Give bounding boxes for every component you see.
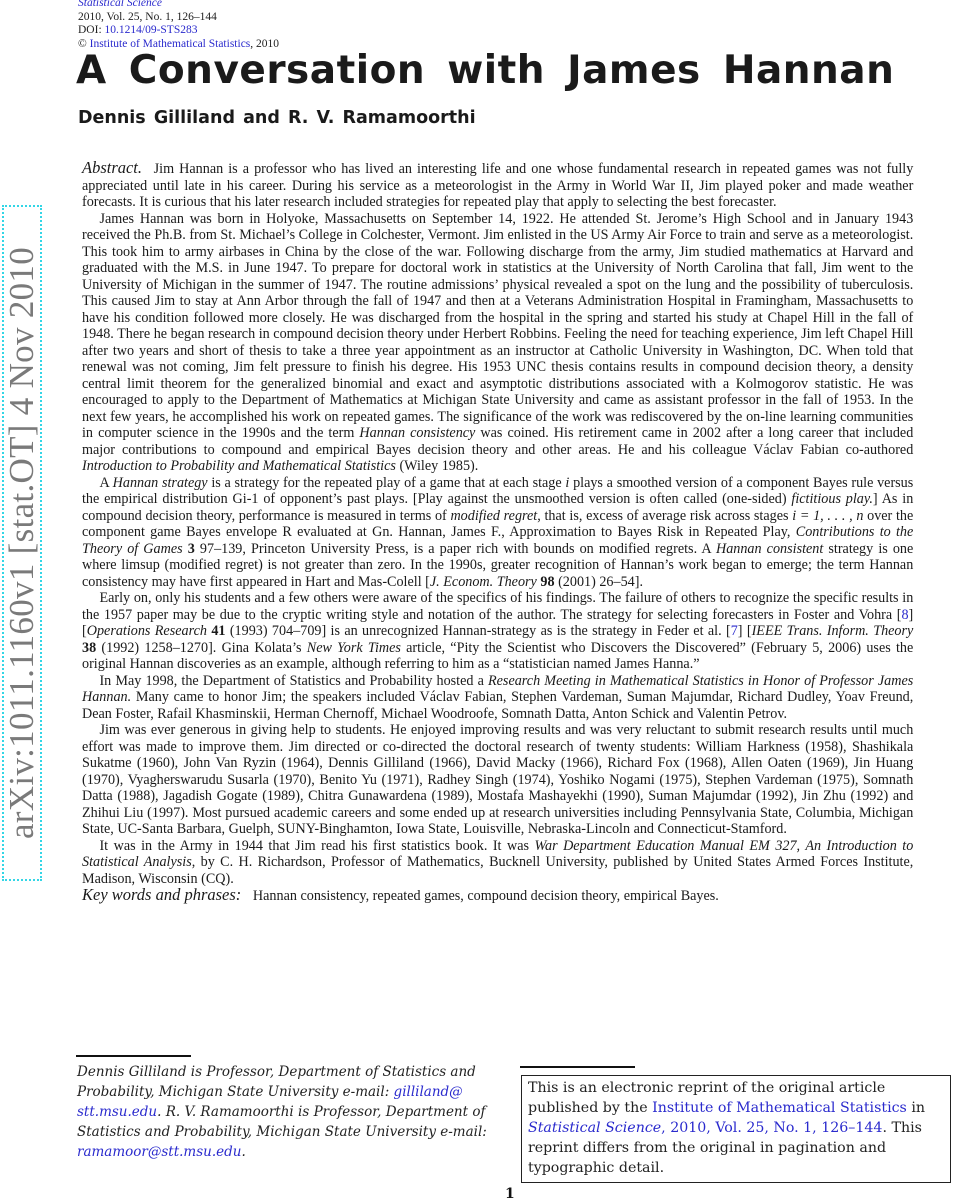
author-affiliation-footnote: Dennis Gilliland is Professor, Departmen… bbox=[77, 1062, 507, 1162]
doi-line: DOI: 10.1214/09-STS283 bbox=[78, 24, 279, 38]
footnote-divider bbox=[76, 1055, 191, 1057]
abstract-body: Abstract.Jim Hannan is a professor who h… bbox=[82, 160, 913, 905]
paragraph-biography: James Hannan was born in Holyoke, Massac… bbox=[82, 211, 913, 475]
page-number: 1 bbox=[505, 1186, 515, 1200]
journal-link[interactable]: Statistical Science bbox=[78, 0, 162, 9]
ims-link[interactable]: Institute of Mathematical Statistics bbox=[652, 1100, 907, 1116]
keywords: Key words and phrases:Hannan consistency… bbox=[82, 887, 913, 905]
paragraph-students: Jim was ever generous in giving help to … bbox=[82, 722, 913, 838]
paragraph-hannan-strategy: A Hannan strategy is a strategy for the … bbox=[82, 475, 913, 591]
paragraph-first-book: It was in the Army in 1944 that Jim read… bbox=[82, 838, 913, 888]
abstract-paragraph: Abstract.Jim Hannan is a professor who h… bbox=[82, 160, 913, 211]
journal-header: Statistical Science 2010, Vol. 25, No. 1… bbox=[78, 0, 279, 51]
author-list: Dennis Gilliland and R. V. Ramamoorthi bbox=[78, 108, 476, 128]
arxiv-stamp: arXiv:1011.1160v1 [stat.OT] 4 Nov 2010 bbox=[2, 205, 42, 881]
doi-link[interactable]: 10.1214/09-STS283 bbox=[105, 24, 198, 36]
email-link-ramamoorthi[interactable]: ramamoor@stt.msu.edu bbox=[77, 1144, 241, 1160]
reprint-divider bbox=[520, 1066, 635, 1068]
reprint-notice-box: This is an electronic reprint of the ori… bbox=[521, 1075, 951, 1183]
abstract-label: Abstract. bbox=[82, 158, 142, 177]
arxiv-identifier: arXiv:1011.1160v1 [stat.OT] 4 Nov 2010 bbox=[2, 247, 42, 839]
paragraph-recognition: Early on, only his students and a few ot… bbox=[82, 590, 913, 673]
keywords-text: Hannan consistency, repeated games, comp… bbox=[253, 888, 719, 904]
paragraph-research-meeting: In May 1998, the Department of Statistic… bbox=[82, 673, 913, 723]
doi-label: DOI: bbox=[78, 24, 102, 36]
journal-citation-link[interactable]: Statistical Science, 2010, Vol. 25, No. … bbox=[528, 1120, 882, 1136]
keywords-label: Key words and phrases: bbox=[82, 885, 241, 904]
paper-title: A Conversation with James Hannan bbox=[76, 48, 894, 94]
citation-link-7[interactable]: 7 bbox=[731, 623, 738, 639]
volume-line: 2010, Vol. 25, No. 1, 126–144 bbox=[78, 11, 279, 25]
